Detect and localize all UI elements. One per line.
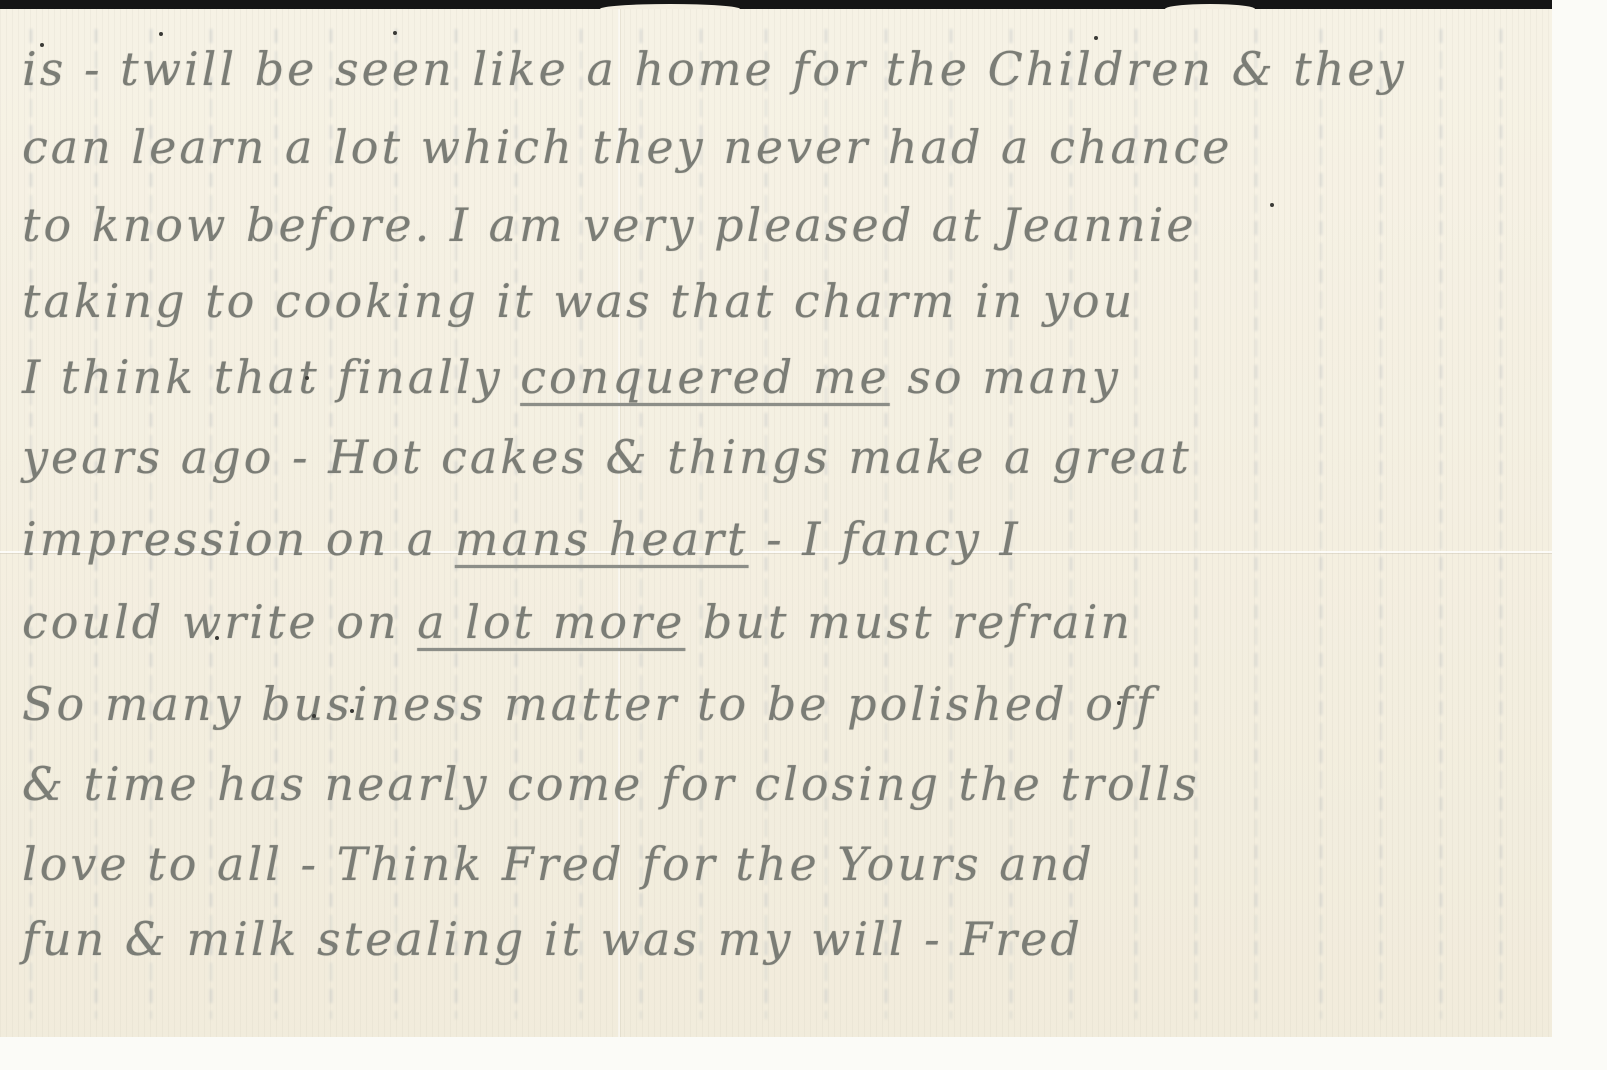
letter-line: So many business matter to be polished o… bbox=[22, 674, 1522, 734]
letter-line: & time has nearly come for closing the t… bbox=[22, 754, 1522, 814]
letter-body: is - twill be seen like a home for the C… bbox=[0, 9, 1552, 1037]
ink-speck bbox=[1094, 36, 1098, 40]
ink-speck bbox=[350, 709, 354, 713]
letter-line: love to all - Think Fred for the Yours a… bbox=[22, 834, 1522, 894]
underlined-phrase: mans heart bbox=[455, 512, 749, 566]
letter-line: fun & milk stealing it was my will - Fre… bbox=[22, 909, 1522, 969]
letter-line: to know before. I am very pleased at Jea… bbox=[22, 195, 1522, 255]
letter-line: could write on a lot more but must refra… bbox=[22, 592, 1522, 652]
letter-line: I think that finally conquered me so man… bbox=[22, 347, 1522, 407]
scanned-letter: is - twill be seen like a home for the C… bbox=[0, 0, 1607, 1070]
letter-line: taking to cooking it was that charm in y… bbox=[22, 271, 1522, 331]
ink-speck bbox=[305, 376, 309, 380]
letter-paper: is - twill be seen like a home for the C… bbox=[0, 9, 1552, 1037]
letter-line: impression on a mans heart - I fancy I bbox=[22, 509, 1522, 569]
ink-speck bbox=[215, 636, 219, 640]
ink-speck bbox=[159, 32, 163, 36]
ink-speck bbox=[40, 43, 44, 47]
letter-line: can learn a lot which they never had a c… bbox=[22, 117, 1522, 177]
ink-speck bbox=[1270, 203, 1274, 207]
ink-speck bbox=[312, 714, 316, 718]
letter-line: years ago - Hot cakes & things make a gr… bbox=[22, 427, 1522, 487]
ink-speck bbox=[393, 31, 397, 35]
ink-speck bbox=[1117, 701, 1121, 705]
letter-line: is - twill be seen like a home for the C… bbox=[22, 39, 1522, 99]
underlined-phrase: a lot more bbox=[417, 595, 685, 649]
underlined-phrase: conquered me bbox=[520, 350, 890, 404]
